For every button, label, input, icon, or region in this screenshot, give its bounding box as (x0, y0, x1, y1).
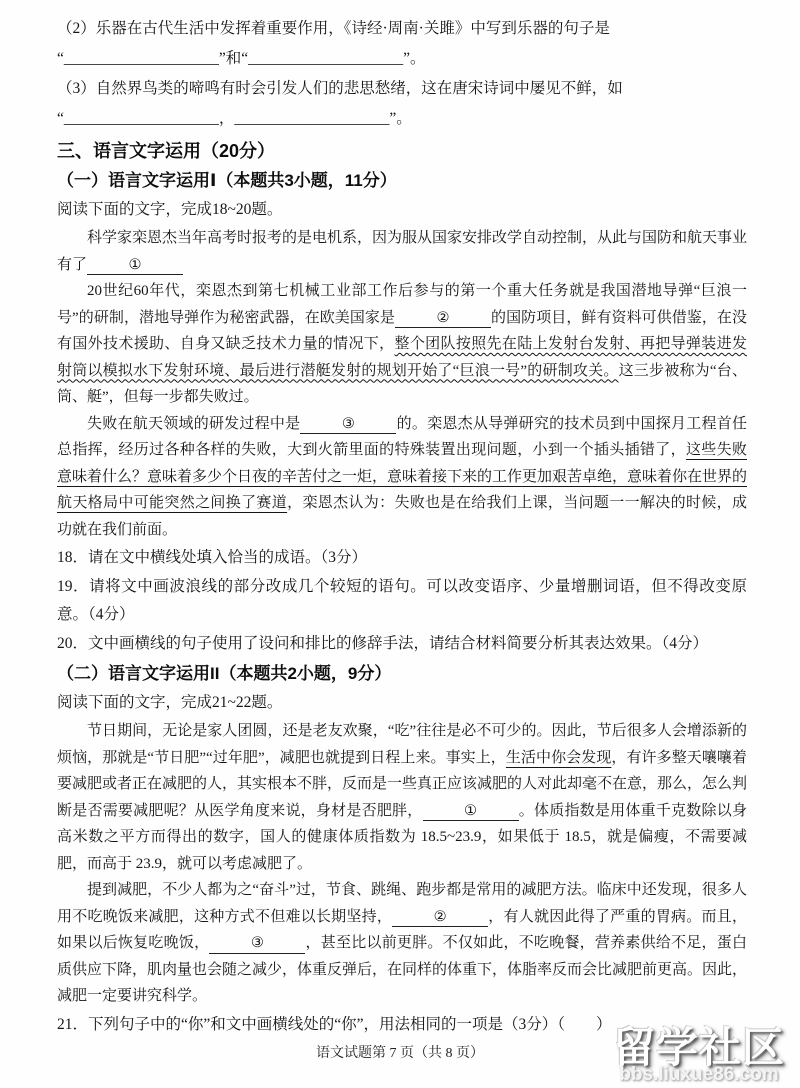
blank-number: ② (434, 909, 447, 925)
fill-blank-3: ③ (300, 417, 396, 435)
fill-blank-5: ② (392, 910, 488, 928)
passage1-paragraph-2: 20世纪60年代，栾恩杰到第七机械工业部工作后参与的第一个重大任务就是我国潜地导… (57, 278, 747, 411)
passage1-paragraph-3: 失败在航天领域的研发过程中是③的。栾恩杰从导弹研究的技术员到中国探月工程首任总指… (57, 411, 747, 544)
recitation-item-3-blanks: “____________________，__________________… (57, 104, 747, 134)
passage2-paragraph-1: 节日期间，无论是家人团圆，还是老友欢聚，“吃”往往是必不可少的。因此，节后很多人… (57, 718, 747, 877)
recitation-item-3: （3）自然界鸟类的啼鸣有时会引发人们的悲思愁绪，这在唐宋诗词中屡见不鲜，如 (57, 74, 747, 104)
blank-number: ① (129, 257, 142, 273)
part-1-intro: 阅读下面的文字，完成18~20题。 (57, 195, 747, 225)
section-3-heading: 三、语言文字运用（20分） (57, 137, 747, 166)
blank-number: ② (437, 310, 450, 326)
passage2-paragraph-2: 提到减肥，不少人都为之“奋斗”过，节食、跳绳、跑步都是常用的减肥方法。临床中还发… (57, 877, 747, 1010)
question-20: 20．文中画横线的句子使用了设问和排比的修辞手法，请结合材料简要分析其表达效果。… (57, 630, 747, 658)
passage1-paragraph-1: 科学家栾恩杰当年高考时报考的是电机系，因为服从国家安排改学自动控制，从此与国防和… (57, 225, 747, 278)
part-2-heading: （二）语言文字运用II（本题共2小题，9分） (57, 659, 747, 688)
recitation-item-2: （2）乐器在古代生活中发挥着重要作用，《诗经·周南·关雎》中写到乐器的句子是 (57, 14, 747, 44)
blank-number: ③ (251, 935, 264, 951)
blank-number: ③ (342, 416, 355, 432)
question-18: 18．请在文中横线处填入恰当的成语。（3分） (57, 544, 747, 572)
fill-blank-1: ① (87, 258, 183, 276)
page-footer: 语文试题第 7 页（共 8 页） (0, 1042, 800, 1062)
recitation-item-2-blanks: “____________________”和“________________… (57, 44, 747, 74)
blank-number: ① (464, 803, 477, 819)
underlined-phrase: 生活中你会发现 (506, 750, 612, 766)
part-2-intro: 阅读下面的文字，完成21~22题。 (57, 688, 747, 718)
question-19: 19．请将文中画波浪线的部分改成几个较短的语句。可以改变语序、少量增删词语，但不… (57, 573, 747, 629)
fill-blank-4: ① (423, 804, 519, 822)
fill-blank-2: ② (395, 311, 491, 329)
fill-blank-6: ③ (209, 936, 305, 954)
watermark-url-text: bbs.liuxue86.com (604, 1065, 794, 1084)
exam-page: （2）乐器在古代生活中发挥着重要作用，《诗经·周南·关雎》中写到乐器的句子是 “… (0, 0, 800, 1088)
part-1-heading: （一）语言文字运用Ⅰ（本题共3小题，11分） (57, 166, 747, 195)
question-21: 21．下列句子中的“你”和文中画横线处的“你”，用法相同的一项是（3分）（ ） (57, 1011, 747, 1039)
paragraph-text: 失败在航天领域的研发过程中是 (87, 416, 300, 432)
